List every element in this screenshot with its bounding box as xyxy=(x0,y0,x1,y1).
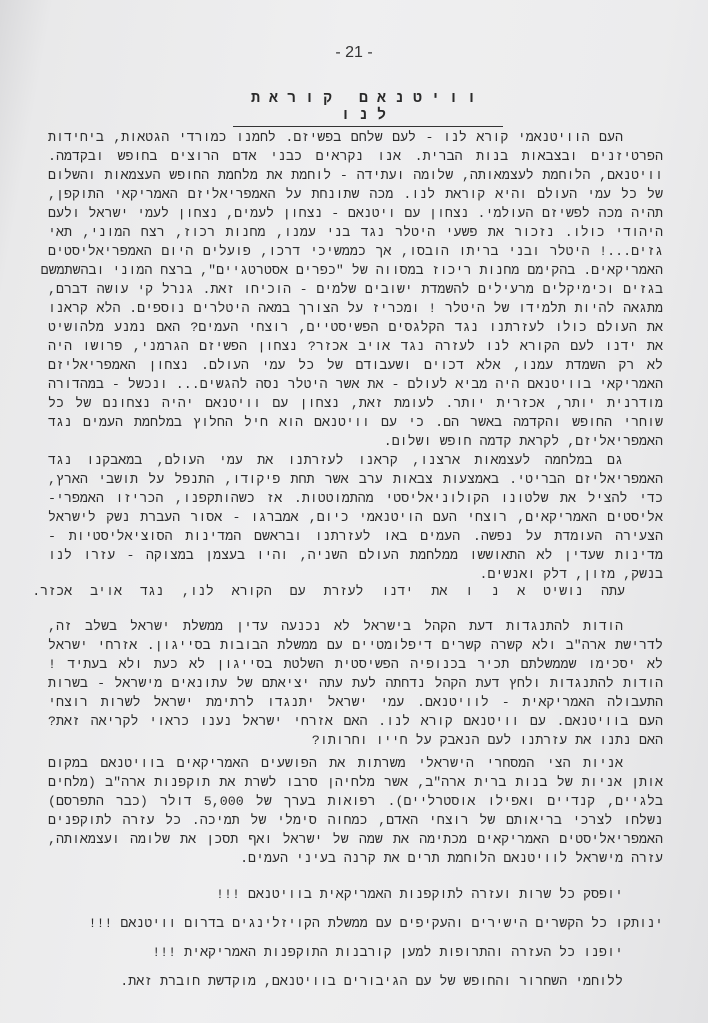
text-line: העם הוויטנאמי קורא לנו - לעם שלחם בפשיזם… xyxy=(48,128,663,147)
text-line: לא רק השמדת עמנו, אלא דכוים ושעבודם של כ… xyxy=(48,356,663,375)
text-line: עזרה מישראל לוויטנאם הלוחמת תרים את קרנה… xyxy=(48,849,663,868)
text-line: הודות להתנגדות דעת הקהל בישראל לא נכנעה … xyxy=(48,617,663,636)
text-line: עתה נושיט א נ ו את ידנו לעזרת עם הקורא ל… xyxy=(48,582,663,601)
text-line: גזים...! היטלר ובני בריתו הובסו, אך כממש… xyxy=(48,242,663,261)
page-title: וויטנאם קוראת לנו xyxy=(233,90,503,127)
text-line: אליסטים האמריקאים, רוצחי העם הויטנאמי כי… xyxy=(48,508,663,527)
text-line: האמפריאליזם, לקראת קדמה חופש ושלום. xyxy=(48,432,663,451)
text-line: אניות הצי המסחרי הישראלי משרתות את הפושע… xyxy=(48,754,663,773)
slogans: יופסק כל שרות ועזרה לתוקפנות האמריקאית ב… xyxy=(48,880,663,996)
text-line: לדרישת ארה"ב ולא קשרה קשרים דיפלומטיים ע… xyxy=(48,636,663,655)
text-line: את העולם כולו לעזרתנו נגד הקלגסים הפשיסט… xyxy=(48,318,663,337)
text-line: של כל עמי העולם והיא קוראת לנו. מכה שתונ… xyxy=(48,185,663,204)
text-line: בלגיים, קנדיים ואפילו אוסטרליים). רפואות… xyxy=(48,792,663,811)
text-line: האם נתנו את עזרתנו לעם הנאבק על חייו וחר… xyxy=(48,731,663,750)
text-line: כדי להציל את שלטונו הקולוניאליסטי מהתמוט… xyxy=(48,489,663,508)
paragraph-2: גם במלחמה לעצמאות ארצנו, קראנו לעזרתנו א… xyxy=(48,451,663,584)
text-line: תהיה מכה לפשיזם העולמי. נצחון עם ויטנאם … xyxy=(48,204,663,223)
paragraph-1: העם הוויטנאמי קורא לנו - לעם שלחם בפשיזם… xyxy=(48,128,663,451)
text-line: האמפריאליזם הבריטי. באמצעות צבאות ערב אש… xyxy=(48,470,663,489)
text-line: נשלחו לצרכי בריאותם של רוצחי האדם, כמחוה… xyxy=(48,811,663,830)
slogan-line: ינותקו כל הקשרים הישירים והעקיפים עם ממש… xyxy=(48,909,663,938)
paragraph-5: אניות הצי המסחרי הישראלי משרתות את הפושע… xyxy=(48,754,663,868)
text-line: הודות להתנגדות ולחץ דעת הקהל נדחתה לעת ע… xyxy=(48,674,663,693)
text-line: התעבולה האמריקאית - לוויטנאם. עמי ישראל … xyxy=(48,693,663,712)
text-line: מודרנית יותר, אכזרית יותר. לעומת זאת, נצ… xyxy=(48,394,663,413)
text-line: בגזים וכימיקלים מרעילים להשמדת ישובים של… xyxy=(48,280,663,299)
slogan-line: יופנו כל העזרה והתרופות למען קורבנות התו… xyxy=(48,938,663,967)
text-line: וויטנאם, הלוחמת לעצמאותה, שלומה ועתידה -… xyxy=(48,166,663,185)
text-line: העם בוויטנאם. עם וויטנאם קורא לנו. האם א… xyxy=(48,712,663,731)
text-line: גם במלחמה לעצמאות ארצנו, קראנו לעזרתנו א… xyxy=(48,451,663,470)
text-line: את ידנו לעם הקורא לנו לעזרה נגד אויב אכז… xyxy=(48,337,663,356)
page-number: - 21 - xyxy=(0,44,708,62)
text-line: מדינות שעדין לא התאוששו ממלחמת העולם השנ… xyxy=(48,546,663,565)
text-line: האמפריאליסטים האמריקאים מכתימה את שמה של… xyxy=(48,830,663,849)
text-line: האמריקאים. בהקימם מחנות ריכוז במסווה של … xyxy=(48,261,663,280)
text-line: היהודי כולו. נזכור את פשעי היטלר נגד בני… xyxy=(48,223,663,242)
text-line: מתגאה להיות תלמידו של היטלר ! ומכריז על … xyxy=(48,299,663,318)
text-line: הצעירה העומדת על נפשה. העמים באו לעזרתנו… xyxy=(48,527,663,546)
slogan-line: ללוחמי השחרור והחופש של עם הגיבורים בווי… xyxy=(48,967,663,996)
text-line: שוחרי החופש והקדמה באשר הם. כי עם וויטנא… xyxy=(48,413,663,432)
slogan-line: יופסק כל שרות ועזרה לתוקפנות האמריקאית ב… xyxy=(48,880,663,909)
document-page: - 21 - וויטנאם קוראת לנו העם הוויטנאמי ק… xyxy=(0,0,708,1023)
text-line: האמריקאי בוויטנאם היה מביא לעולם - את אש… xyxy=(48,375,663,394)
text-line: אותן אניות של בנות ברית ארה"ב, אשר מלחיה… xyxy=(48,773,663,792)
text-line: לא יסכימו שממשלתם תכיר בכנופיה הפשיסטית … xyxy=(48,655,663,674)
paragraph-4: הודות להתנגדות דעת הקהל בישראל לא נכנעה … xyxy=(48,617,663,750)
text-line: הפרטיזנים ובצבאות בנות הברית. אנו נקראים… xyxy=(48,147,663,166)
paragraph-3: עתה נושיט א נ ו את ידנו לעזרת עם הקורא ל… xyxy=(48,582,663,601)
